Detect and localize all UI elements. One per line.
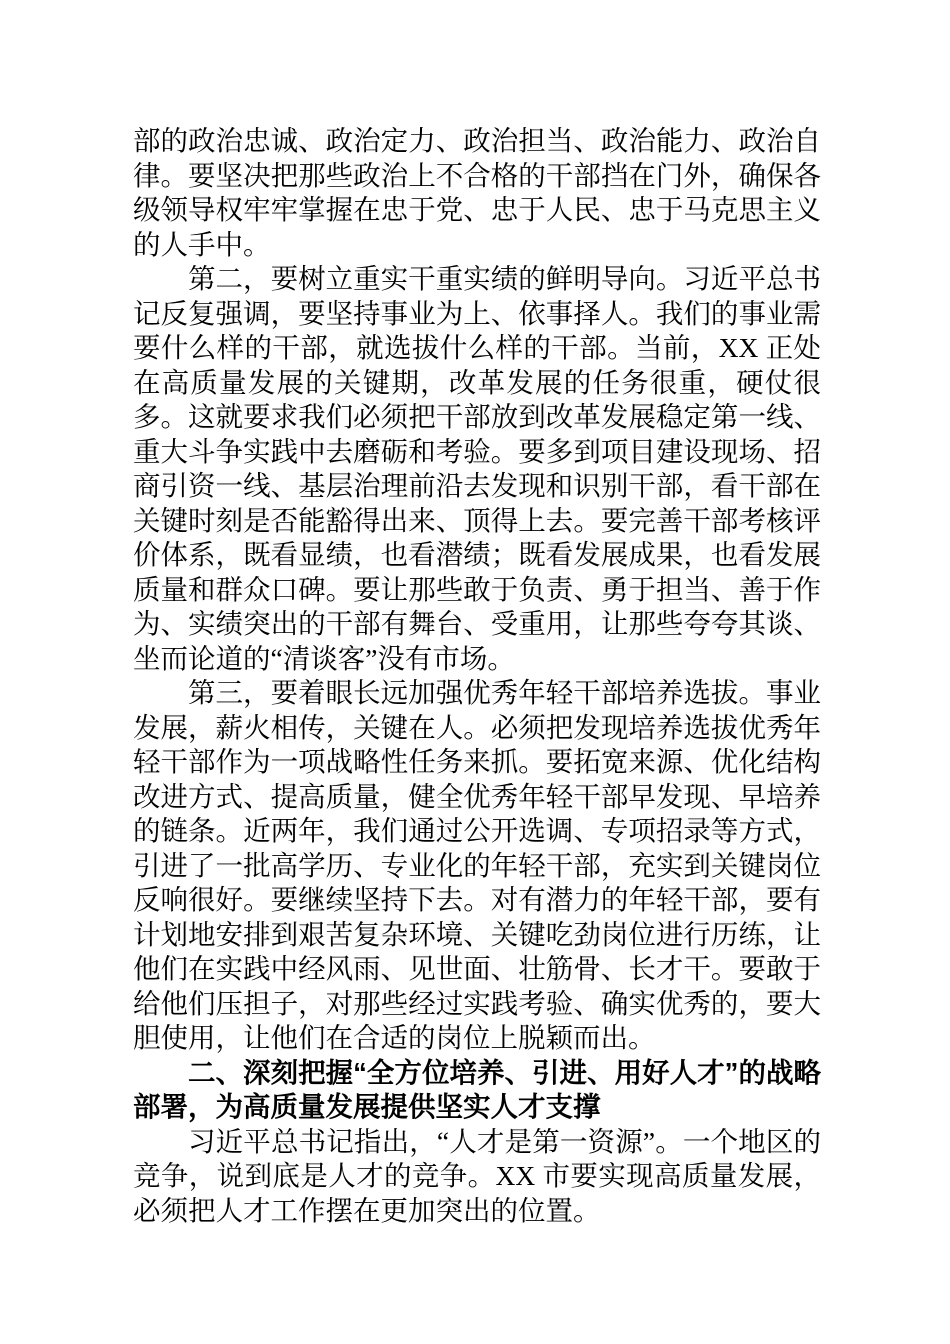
page-text-content: 部的政治忠诚、政治定力、政治担当、政治能力、政治自律。要坚决把那些政治上不合格的… <box>133 124 821 1228</box>
paragraph-talent-first-resource: 习近平总书记指出，“人才是第一资源”。一个地区的竞争，说到底是人才的竞争。XX … <box>133 1125 821 1229</box>
paragraph-political-loyalty-continuation: 部的政治忠诚、政治定力、政治担当、政治能力、政治自律。要坚决把那些政治上不合格的… <box>133 124 821 262</box>
section-heading-talent-strategy: 二、深刻把握“全方位培养、引进、用好人才”的战略部署，为高质量发展提供坚实人才支… <box>133 1056 821 1125</box>
paragraph-second-point-performance-orientation: 第二，要树立重实干重实绩的鲜明导向。习近平总书记反复强调，要坚持事业为上、依事择… <box>133 262 821 676</box>
paragraph-third-point-young-cadres: 第三，要着眼长远加强优秀年轻干部培养选拔。事业发展，薪火相传，关键在人。必须把发… <box>133 676 821 1056</box>
document-page: 部的政治忠诚、政治定力、政治担当、政治能力、政治自律。要坚决把那些政治上不合格的… <box>0 0 950 1344</box>
